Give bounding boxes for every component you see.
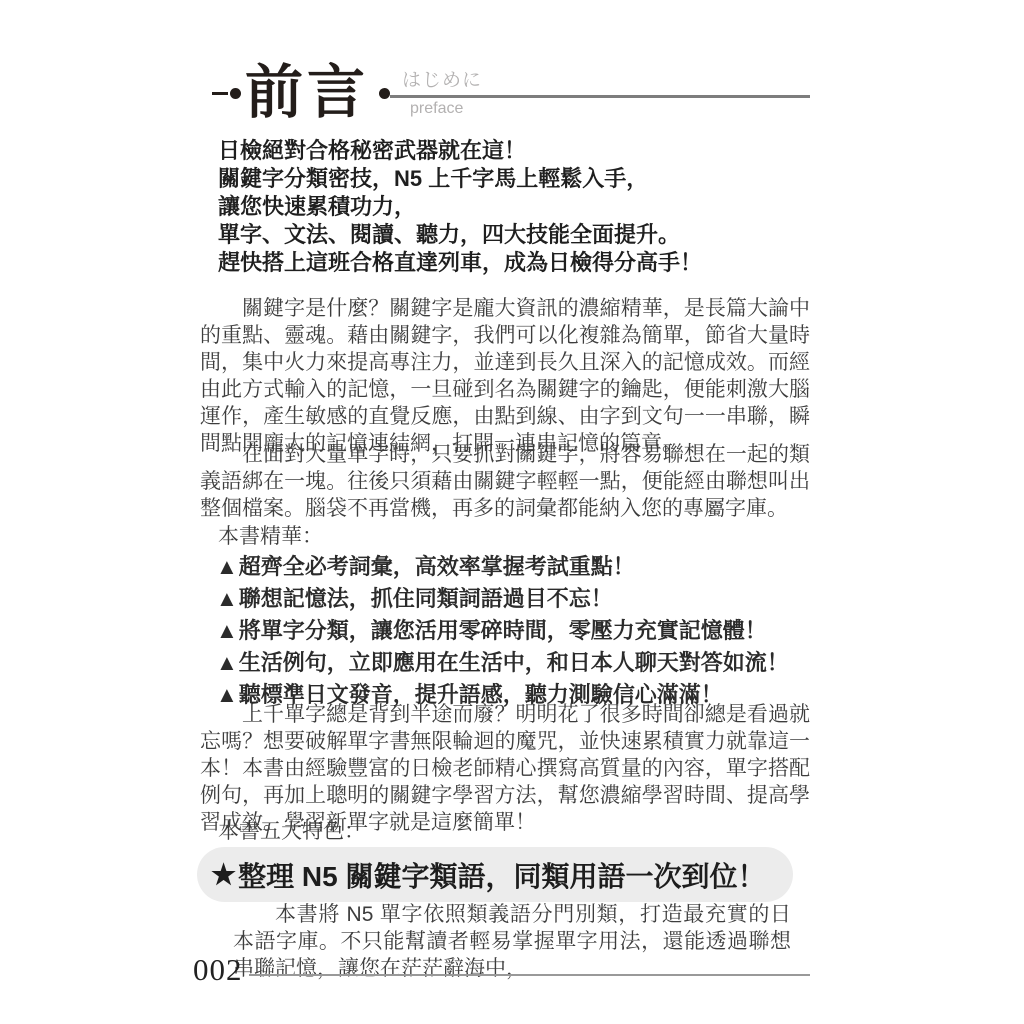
paragraph-keyword-definition: 關鍵字是什麼？關鍵字是龐大資訊的濃縮精華，是長篇大論中的重點、靈魂。藉由關鍵字，… xyxy=(200,295,810,457)
subtitle-english: preface xyxy=(390,100,810,118)
book-preface-page: 前言 はじめに preface 日檢絕對合格秘密武器就在這！ 關鍵字分類密技，N… xyxy=(0,0,1024,1024)
triangle-bullet-icon: ▲ xyxy=(216,586,238,611)
triangle-bullet-icon: ▲ xyxy=(216,618,238,643)
list-item-text: 超齊全必考詞彙，高效率掌握考試重點！ xyxy=(239,554,635,579)
intro-line: 讓您快速累積功力， xyxy=(218,193,818,221)
star-icon: ★ xyxy=(211,858,236,891)
essence-list: ▲超齊全必考詞彙，高效率掌握考試重點！ ▲聯想記憶法，抓住同類詞語過目不忘！ ▲… xyxy=(216,551,816,711)
ornament-dot-right-icon xyxy=(379,88,390,99)
page-footer: 002 xyxy=(193,954,810,985)
intro-line: 單字、文法、閱讀、聽力，四大技能全面提升。 xyxy=(218,221,818,249)
header-rule xyxy=(390,95,810,98)
ornament-dash-icon xyxy=(212,92,228,95)
ornament-dot-left-icon xyxy=(230,88,241,99)
intro-line: 關鍵字分類密技，N5 上千字馬上輕鬆入手， xyxy=(218,165,818,193)
paragraph-keyword-memory: 在面對大量單字時，只要抓對關鍵字，將容易聯想在一起的類義語綁在一塊。往後只須藉由… xyxy=(200,441,810,522)
features-heading: 本書五大特色： xyxy=(218,815,365,845)
feature-highlight-badge: ★ 整理 N5 關鍵字類語，同類用語一次到位！ xyxy=(197,847,793,902)
subtitle-japanese: はじめに xyxy=(390,65,810,92)
list-item: ▲超齊全必考詞彙，高效率掌握考試重點！ xyxy=(216,551,816,583)
list-item-text: 將單字分類，讓您活用零碎時間，零壓力充實記憶體！ xyxy=(239,618,767,643)
intro-line: 日檢絕對合格秘密武器就在這！ xyxy=(218,137,818,165)
footer-rule xyxy=(249,974,811,976)
page-title: 前言 xyxy=(245,64,369,122)
triangle-bullet-icon: ▲ xyxy=(216,650,238,675)
essence-heading: 本書精華： xyxy=(218,520,323,550)
header-subtitle-block: はじめに preface xyxy=(390,65,810,118)
list-item: ▲將單字分類，讓您活用零碎時間，零壓力充實記憶體！ xyxy=(216,615,816,647)
list-item-text: 生活例句，立即應用在生活中，和日本人聊天對答如流！ xyxy=(239,650,789,675)
page-header: 前言 はじめに preface xyxy=(212,58,810,128)
list-item-text: 聯想記憶法，抓住同類詞語過目不忘！ xyxy=(239,586,613,611)
list-item: ▲生活例句，立即應用在生活中，和日本人聊天對答如流！ xyxy=(216,647,816,679)
list-item: ▲聯想記憶法，抓住同類詞語過目不忘！ xyxy=(216,583,816,615)
intro-lead-block: 日檢絕對合格秘密武器就在這！ 關鍵字分類密技，N5 上千字馬上輕鬆入手， 讓您快… xyxy=(218,137,818,277)
page-number: 002 xyxy=(193,954,243,985)
feature-highlight-text: 整理 N5 關鍵字類語，同類用語一次到位！ xyxy=(238,855,765,895)
intro-line: 趕快搭上這班合格直達列車，成為日檢得分高手！ xyxy=(218,249,818,277)
triangle-bullet-icon: ▲ xyxy=(216,554,238,579)
